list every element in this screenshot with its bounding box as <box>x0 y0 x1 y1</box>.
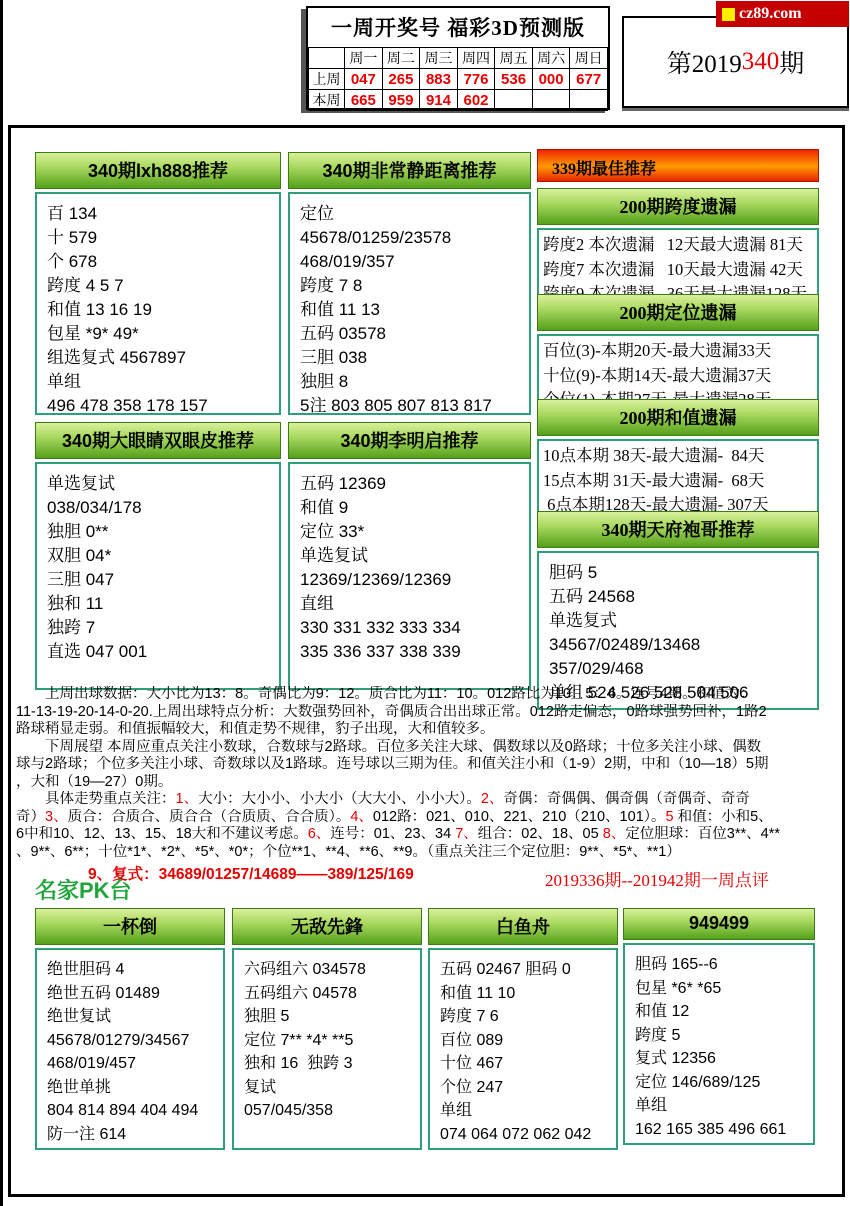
issue-number: 340 <box>742 48 780 76</box>
pk-box-wudixianfeng-title: 无敌先鋒 <box>232 908 422 945</box>
banner-best-339: 339期最佳推荐 <box>537 149 819 182</box>
week-table: 周一 周二 周三 周四 周五 周六 周日 上周 047 265 883 776 … <box>308 47 608 111</box>
draw-number: 776 <box>457 69 495 90</box>
draw-number: 914 <box>420 90 458 111</box>
text-line: 五码组六 04578 <box>244 982 412 1006</box>
text-line: 胆码 165--6 <box>635 953 805 977</box>
week-col: 周二 <box>382 48 420 69</box>
text-line: 跨度7 本次遗漏 10天最大遗漏 42天 <box>543 258 813 283</box>
text-line: 定位 <box>300 202 521 226</box>
box-kuadu-omission: 200期跨度遗漏 跨度2 本次遗漏 12天最大遗漏 81天跨度7 本次遗漏 10… <box>537 188 819 312</box>
text-line: 804 814 894 404 494 <box>47 1099 215 1123</box>
draw-number <box>532 90 570 111</box>
week-col: 周五 <box>495 48 533 69</box>
analysis-line: 下周展望 本周应重点关注小数球，合数球与2路球。百位多关注大球、偶数球以及0路球… <box>16 739 838 757</box>
text-line: 百位 089 <box>440 1029 608 1053</box>
watermark-text: cz89.com <box>739 5 802 23</box>
box-dingwei-title: 200期定位遗漏 <box>537 294 819 331</box>
issue-suffix: 期 <box>779 44 804 80</box>
text-line: 45678/01279/34567 <box>47 1029 215 1053</box>
text-line: 五码 03578 <box>300 322 521 346</box>
text-line: 复式 12356 <box>635 1047 805 1071</box>
box-dayanjing-lines: 单选复试038/034/178独胆 0**双胆 04*三胆 047独和 11独跨… <box>35 462 281 690</box>
draw-number: 536 <box>495 69 533 90</box>
draw-number <box>570 90 608 111</box>
analysis-text: 上周出球数据：大小比为13：8。奇偶比为9：12。质合比为11：10。012路比… <box>16 686 838 861</box>
text-line: 跨度 7 8 <box>300 274 521 298</box>
text-line: 单选复试 <box>47 472 271 496</box>
box-lxh888: 340期lxh888推荐 百 134十 579个 678跨度 4 5 7和值 1… <box>35 152 281 415</box>
text-line: 34567/02489/13468 <box>549 633 809 657</box>
text-line: 胆码 5 <box>549 561 809 585</box>
box-lxh888-lines: 百 134十 579个 678跨度 4 5 7和值 13 16 19包星 *9*… <box>35 192 281 415</box>
box-tianfu-title: 340期天府袍哥推荐 <box>537 511 819 548</box>
text-line: 十位(9)-本期14天-最大遗漏37天 <box>543 364 813 389</box>
row-label: 上周 <box>309 69 345 90</box>
box-kuadu-title: 200期跨度遗漏 <box>537 188 819 225</box>
pk-section-title: 名家PK台 <box>35 874 132 905</box>
analysis-line: 6中和10、12、13、15、18大和不建议考虑。6、连号：01、23、34 7… <box>16 826 838 844</box>
text-line: 个位 247 <box>440 1076 608 1100</box>
text-line: 独和 16 独跨 3 <box>244 1052 412 1076</box>
text-line: 468/019/457 <box>47 1052 215 1076</box>
text-line: 330 331 332 333 334 <box>300 616 521 640</box>
text-line: 三胆 038 <box>300 346 521 370</box>
lottery-prediction-page: 一周开奖号 福彩3D预测版 周一 周二 周三 周四 周五 周六 周日 上周 04… <box>0 0 850 1206</box>
text-line: 和值 11 10 <box>440 982 608 1006</box>
text-line: 单组 <box>47 370 271 394</box>
text-line: 单组 <box>635 1094 805 1118</box>
text-line: 包星 *9* 49* <box>47 322 271 346</box>
draw-number: 265 <box>382 69 420 90</box>
text-line: 双胆 04* <box>47 544 271 568</box>
text-line: 12369/12369/12369 <box>300 568 521 592</box>
draw-number: 883 <box>420 69 458 90</box>
text-line: 和值 12 <box>635 1000 805 1024</box>
text-line: 六码组六 034578 <box>244 958 412 982</box>
draw-number: 047 <box>345 69 383 90</box>
box-lxh888-title: 340期lxh888推荐 <box>35 152 281 189</box>
box-hezhi-title: 200期和值遗漏 <box>537 399 819 436</box>
text-line: 绝世单挑 <box>47 1076 215 1100</box>
box-jingjuli-title: 340期非常静距离推荐 <box>288 152 531 189</box>
box-hezhi-lines: 10点本期 38天-最大遗漏- 84天15点本期 31天-最大遗漏- 68天 6… <box>537 439 819 523</box>
pk-box-yibeidao-lines: 绝世胆码 4绝世五码 01489绝世复试45678/01279/34567468… <box>35 948 225 1150</box>
week-table-corner-cell <box>309 48 345 69</box>
pk-box-yibeidao-title: 一杯倒 <box>35 908 225 945</box>
text-line: 个 678 <box>47 250 271 274</box>
text-line: 单组 <box>440 1099 608 1123</box>
box-limingqi: 340期李明启推荐 五码 12369和值 9定位 33*单选复试12369/12… <box>288 422 531 690</box>
box-limingqi-title: 340期李明启推荐 <box>288 422 531 459</box>
text-line: 5注 803 805 807 813 817 <box>300 394 521 418</box>
box-jingjuli-lines: 定位45678/01259/23578468/019/357跨度 7 8和值 1… <box>288 192 531 415</box>
text-line: 162 165 385 496 661 <box>635 1118 805 1142</box>
text-line: 45678/01259/23578 <box>300 226 521 250</box>
text-line: 百位(3)-本期20天-最大遗漏33天 <box>543 339 813 364</box>
text-line: 五码 12369 <box>300 472 521 496</box>
text-line: 定位 146/689/125 <box>635 1071 805 1095</box>
analysis-line: 球与2路球；个位多关注小球、奇数球以及1路球。连号球以三期为佳。和值关注小和（1… <box>16 756 838 774</box>
week-col: 周日 <box>570 48 608 69</box>
text-line: 十 579 <box>47 226 271 250</box>
text-line: 五码 02467 胆码 0 <box>440 958 608 982</box>
text-line: 单选复式 <box>549 609 809 633</box>
this-week-row: 本周 665 959 914 602 <box>309 90 608 111</box>
text-line: 定位 7** *4* **5 <box>244 1029 412 1053</box>
analysis-line: ，大和（19—27）0期。 <box>16 774 838 792</box>
text-line: 跨度 4 5 7 <box>47 274 271 298</box>
analysis-line: 奇）3、质合：合质合、质合合（合质质、合合质）。4、012路：021、010、2… <box>16 809 838 827</box>
pk-box-wudixianfeng-lines: 六码组六 034578五码组六 04578独胆 5定位 7** *4* **5独… <box>232 948 422 1150</box>
pk-box-baiyuzhou-lines: 五码 02467 胆码 0和值 11 10跨度 7 6百位 089十位 467个… <box>428 948 618 1150</box>
text-line: 直组 <box>300 592 521 616</box>
pk-box-wudixianfeng: 无敌先鋒 六码组六 034578五码组六 04578独胆 5定位 7** *4*… <box>232 908 422 1150</box>
week-col: 周三 <box>420 48 458 69</box>
text-line: 独胆 0** <box>47 520 271 544</box>
analysis-line: 具体走势重点关注：1、大小：大小小、小大小（大大小、小小大）。2、奇偶：奇偶偶、… <box>16 791 838 809</box>
text-line: 跨度 7 6 <box>440 1005 608 1029</box>
text-line: 防一注 614 <box>47 1123 215 1147</box>
yellow-square-icon <box>722 8 735 21</box>
text-line: 跨度2 本次遗漏 12天最大遗漏 81天 <box>543 233 813 258</box>
analysis-line: 路球稍显走弱。和值振幅较大，和值走势不规律，豹子出现，大和值较多。 <box>16 721 838 739</box>
text-line: 绝世复试 <box>47 1005 215 1029</box>
draw-number: 602 <box>457 90 495 111</box>
text-line: 468/019/357 <box>300 250 521 274</box>
draw-number <box>495 90 533 111</box>
text-line: 独胆 5 <box>244 1005 412 1029</box>
analysis-line: 11-13-19-20-14-0-20.上周出球特点分析：大数强势回补，奇偶质合… <box>16 704 838 722</box>
box-dayanjing: 340期大眼睛双眼皮推荐 单选复试038/034/178独胆 0**双胆 04*… <box>35 422 281 690</box>
text-line: 496 478 358 178 157 <box>47 394 271 418</box>
header-title-box: 一周开奖号 福彩3D预测版 周一 周二 周三 周四 周五 周六 周日 上周 04… <box>306 6 610 110</box>
text-line: 独胆 8 <box>300 370 521 394</box>
text-line: 335 336 337 338 339 <box>300 640 521 664</box>
box-limingqi-lines: 五码 12369和值 9定位 33*单选复试12369/12369/12369直… <box>288 462 531 690</box>
text-line: 和值 11 13 <box>300 298 521 322</box>
text-line: 直选 047 001 <box>47 640 271 664</box>
text-line: 组选复式 4567897 <box>47 346 271 370</box>
week-col: 周六 <box>532 48 570 69</box>
issue-number-box: 第2019340期 <box>622 16 849 108</box>
text-line: 绝世五码 01489 <box>47 982 215 1006</box>
row-label: 本周 <box>309 90 345 111</box>
draw-number: 677 <box>570 69 608 90</box>
text-line: 三胆 047 <box>47 568 271 592</box>
issue-prefix: 第2019 <box>667 44 742 80</box>
pk-box-949499: 949499 胆码 165--6包星 *6* *65和值 12跨度 5复式 12… <box>623 908 815 1145</box>
pk-box-baiyuzhou-title: 白鱼舟 <box>428 908 618 945</box>
draw-number: 959 <box>382 90 420 111</box>
page-title: 一周开奖号 福彩3D预测版 <box>308 12 608 42</box>
text-line: 绝世胆码 4 <box>47 958 215 982</box>
text-line: 单选复试 <box>300 544 521 568</box>
box-tianfu: 340期天府袍哥推荐 胆码 5五码 24568单选复式34567/02489/1… <box>537 511 819 710</box>
week-col: 周四 <box>457 48 495 69</box>
pk-box-949499-lines: 胆码 165--6包星 *6* *65和值 12跨度 5复式 12356定位 1… <box>623 943 815 1145</box>
text-line: 074 064 072 062 042 <box>440 1123 608 1147</box>
text-line: 定位 33* <box>300 520 521 544</box>
pk-box-949499-title: 949499 <box>623 908 815 940</box>
fushi-red-line: 9、复式：34689/01257/14689——389/125/169 <box>88 862 414 884</box>
text-line: 和值 13 16 19 <box>47 298 271 322</box>
text-line: 038/034/178 <box>47 496 271 520</box>
last-week-row: 上周 047 265 883 776 536 000 677 <box>309 69 608 90</box>
week-col: 周一 <box>345 48 383 69</box>
text-line: 357/029/468 <box>549 657 809 681</box>
text-line: 10点本期 38天-最大遗漏- 84天 <box>543 444 813 469</box>
text-line: 跨度 5 <box>635 1024 805 1048</box>
draw-number: 665 <box>345 90 383 111</box>
analysis-line: 上周出球数据：大小比为13：8。奇偶比为9：12。质合比为11：10。012路比… <box>16 686 838 704</box>
text-line: 和值 9 <box>300 496 521 520</box>
draw-number: 000 <box>532 69 570 90</box>
analysis-line: 、9**、6**；十位*1*、*2*、*5*、*0*；个位**1、**4、**6… <box>16 844 838 862</box>
text-line: 独和 11 <box>47 592 271 616</box>
text-line: 百 134 <box>47 202 271 226</box>
cz89-watermark-link[interactable]: cz89.com <box>716 1 849 27</box>
box-hezhi-omission: 200期和值遗漏 10点本期 38天-最大遗漏- 84天15点本期 31天-最大… <box>537 399 819 523</box>
text-line: 五码 24568 <box>549 585 809 609</box>
text-line: 15点本期 31天-最大遗漏- 68天 <box>543 469 813 494</box>
week-review-note: 2019336期--201942期一周点评 <box>545 866 769 891</box>
pk-box-baiyuzhou: 白鱼舟 五码 02467 胆码 0和值 11 10跨度 7 6百位 089十位 … <box>428 908 618 1150</box>
text-line: 复试 <box>244 1076 412 1100</box>
text-line: 独跨 7 <box>47 616 271 640</box>
text-line: 包星 *6* *65 <box>635 977 805 1001</box>
text-line: 057/045/358 <box>244 1099 412 1123</box>
page-edge-line <box>0 0 3 1206</box>
box-jingjuli: 340期非常静距离推荐 定位45678/01259/23578468/019/3… <box>288 152 531 415</box>
pk-box-yibeidao: 一杯倒 绝世胆码 4绝世五码 01489绝世复试45678/01279/3456… <box>35 908 225 1150</box>
text-line: 十位 467 <box>440 1052 608 1076</box>
box-dayanjing-title: 340期大眼睛双眼皮推荐 <box>35 422 281 459</box>
week-table-header-row: 周一 周二 周三 周四 周五 周六 周日 <box>309 48 608 69</box>
